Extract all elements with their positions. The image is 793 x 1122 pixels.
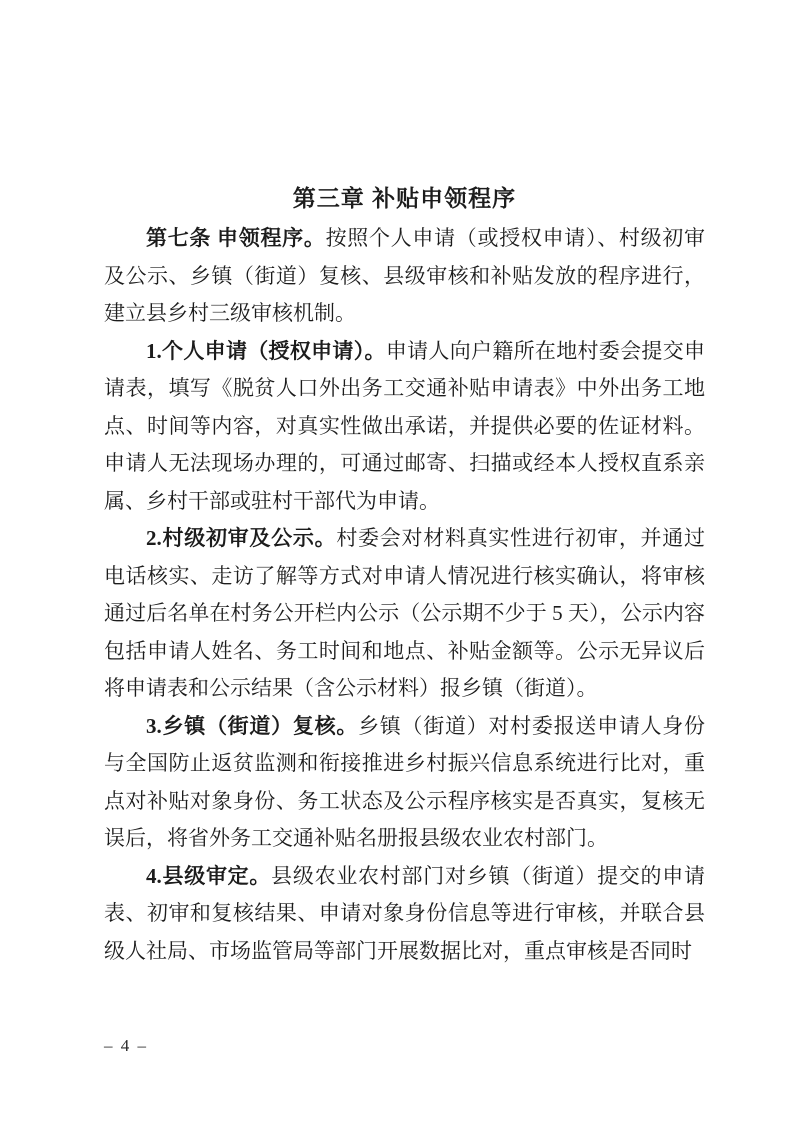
paragraph-step-4-county-approval: 4.县级审定。县级农业农村部门对乡镇（街道）提交的申请表、初审和复核结果、申请对… (104, 858, 705, 971)
page-number: – 4 – (104, 1036, 148, 1056)
paragraph-article-7-lead: 第七条 申领程序。 (146, 226, 326, 250)
paragraph-step-1-individual-application: 1.个人申请（授权申请）。申请人向户籍所在地村委会提交申请表，填写《脱贫人口外出… (104, 333, 705, 521)
paragraph-step-3-township-recheck: 3.乡镇（街道）复核。乡镇（街道）对村委报送申请人身份与全国防止返贫监测和衔接推… (104, 708, 705, 858)
paragraph-step-2-text: 村委会对材料真实性进行初审，并通过电话核实、走访了解等方式对申请人情况进行核实确… (104, 526, 705, 700)
paragraph-step-1-text: 申请人向户籍所在地村委会提交申请表，填写《脱贫人口外出务工交通补贴申请表》中外出… (104, 339, 705, 513)
chapter-title: 第三章 补贴申领程序 (104, 184, 705, 212)
paragraph-article-7: 第七条 申领程序。按照个人申请（或授权申请）、村级初审及公示、乡镇（街道）复核、… (104, 220, 705, 333)
paragraph-step-1-lead: 1.个人申请（授权申请）。 (146, 339, 386, 363)
paragraph-step-4-lead: 4.县级审定。 (146, 864, 271, 888)
document-content: 第三章 补贴申领程序 第七条 申领程序。按照个人申请（或授权申请）、村级初审及公… (104, 184, 705, 970)
paragraph-step-2-lead: 2.村级初审及公示。 (146, 526, 336, 550)
paragraph-step-3-lead: 3.乡镇（街道）复核。 (146, 714, 358, 738)
paragraph-step-2-village-review: 2.村级初审及公示。村委会对材料真实性进行初审，并通过电话核实、走访了解等方式对… (104, 520, 705, 708)
document-page: 第三章 补贴申领程序 第七条 申领程序。按照个人申请（或授权申请）、村级初审及公… (0, 0, 793, 1122)
